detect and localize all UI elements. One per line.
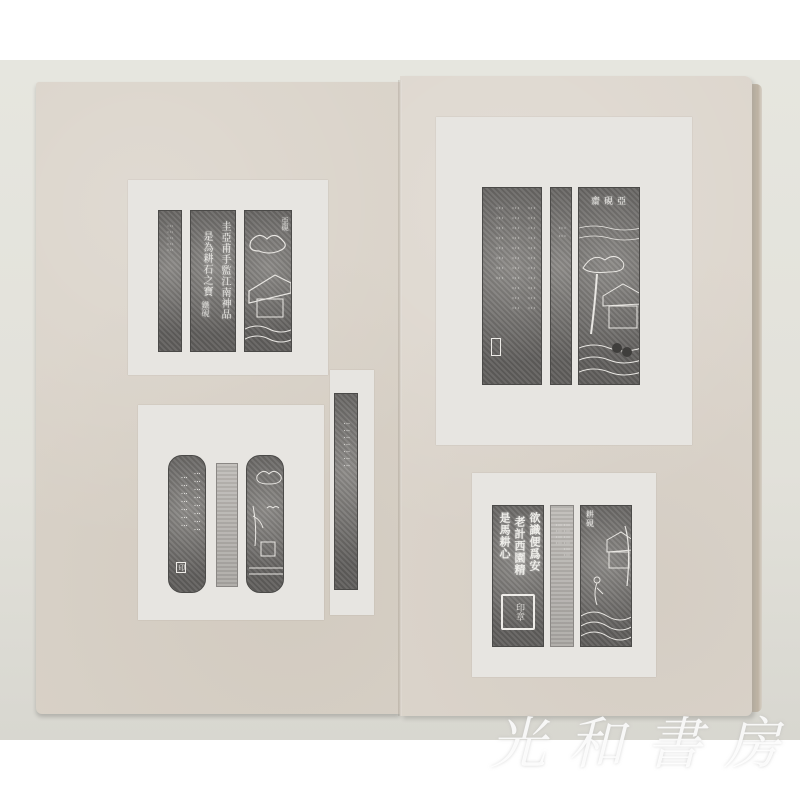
inscription: ⋮⋮⋮⋮ <box>555 522 561 546</box>
pavilion-scene-icon <box>245 211 292 352</box>
rubbing-rounded-pictorial-bar <box>246 455 284 593</box>
label: 亞硯 <box>281 217 288 231</box>
rubbing-tall-strip: ⋮⋮⋮⋮⋮⋮⋮ <box>334 393 358 590</box>
figure-house-scene-icon <box>581 506 632 647</box>
rubbing-rounded-text-bar: ⋮⋮⋮⋮⋮⋮⋮⋮ ⋮⋮⋮⋮⋮⋮⋮ 印 <box>168 455 206 593</box>
inscription-column-1: 欲識便爲安 <box>528 512 540 572</box>
inscription: ⋮⋮⋮⋮⋮ <box>166 223 172 253</box>
rubbing-text-bar: 圭亞甫手監江南神品 是為耕石之寶 鐵硯 <box>190 210 236 352</box>
rubbing-light-narrow-bar <box>216 463 238 587</box>
inscription: ⋮⋮ <box>557 224 565 240</box>
rubbing-pictorial-bar: 耕硯 <box>580 505 632 647</box>
book-gutter <box>398 80 402 716</box>
rubbing-narrow-bar: ⋮⋮ <box>550 187 572 385</box>
rubbing-dense-text-bar: ⋮⋮⋮⋮⋮⋮⋮⋮⋮⋮⋮ ⋮⋮⋮⋮⋮⋮⋮⋮⋮⋮⋮ ⋮⋮⋮⋮⋮⋮⋮⋮ <box>482 187 542 385</box>
mount-sheet-left-bottom: ⋮⋮⋮⋮⋮⋮⋮⋮ ⋮⋮⋮⋮⋮⋮⋮ 印 <box>138 405 324 620</box>
mount-sheet-left-top: ⋮⋮⋮⋮⋮ 圭亞甫手監江南神品 是為耕石之寶 鐵硯 亞硯 <box>128 180 328 375</box>
inscription-column-1: ⋮⋮⋮⋮⋮⋮⋮⋮ <box>193 470 200 534</box>
mount-sheet-right-top: ⋮⋮⋮⋮⋮⋮⋮⋮⋮⋮⋮ ⋮⋮⋮⋮⋮⋮⋮⋮⋮⋮⋮ ⋮⋮⋮⋮⋮⋮⋮⋮ ⋮⋮ 亞硯齋 <box>436 117 692 445</box>
seal-mark: 印 <box>176 562 186 573</box>
inscription-column-2: ⋮⋮⋮⋮⋮⋮⋮ <box>180 474 187 530</box>
inscription-column-2: 老計西園精 <box>513 516 525 576</box>
inscription: ⋮⋮⋮⋮⋮⋮⋮ <box>342 420 349 469</box>
inscription: ⋮⋮⋮⋮⋮⋮⋮⋮⋮⋮⋮ <box>527 204 535 314</box>
rubbing-pictorial-bar: 亞硯齋 <box>578 187 640 385</box>
mount-sheet-right-bottom: 欲識便爲安 老計西園精 是馬耕心 印章 ⋮⋮⋮⋮⋮⋮ ⋮⋮⋮⋮ 耕硯 <box>472 473 656 677</box>
mount-sheet-tall-strip: ⋮⋮⋮⋮⋮⋮⋮ <box>330 370 374 615</box>
inscription: ⋮⋮⋮⋮⋮⋮⋮⋮ <box>495 204 503 284</box>
seal-mark <box>491 338 501 356</box>
tree-birds-scene-icon <box>247 456 284 593</box>
seal-mark: 印章 <box>501 594 535 630</box>
inscription-column-1: 圭亞甫手監江南神品 <box>219 221 230 320</box>
rubbing-pictorial-bar: 亞硯 <box>244 210 292 352</box>
tree-house-scene-icon <box>579 188 640 385</box>
watermark: 光和書房 <box>490 700 790 790</box>
inscription-column-3: 是馬耕心 <box>498 512 510 560</box>
signature: 鐵硯 <box>201 301 209 317</box>
book-page-edges <box>752 84 762 712</box>
rubbing-light-narrow-bar: ⋮⋮⋮⋮⋮⋮ ⋮⋮⋮⋮ <box>550 505 574 647</box>
inscription: ⋮⋮⋮⋮⋮⋮ <box>563 522 569 558</box>
rubbing-narrow-bar: ⋮⋮⋮⋮⋮ <box>158 210 182 352</box>
rubbing-text-bar-with-seal: 欲識便爲安 老計西園精 是馬耕心 印章 <box>492 505 544 647</box>
inscription-column-2: 是為耕石之寶 <box>201 231 212 297</box>
inscription: ⋮⋮⋮⋮⋮⋮⋮⋮⋮⋮⋮ <box>511 204 519 314</box>
